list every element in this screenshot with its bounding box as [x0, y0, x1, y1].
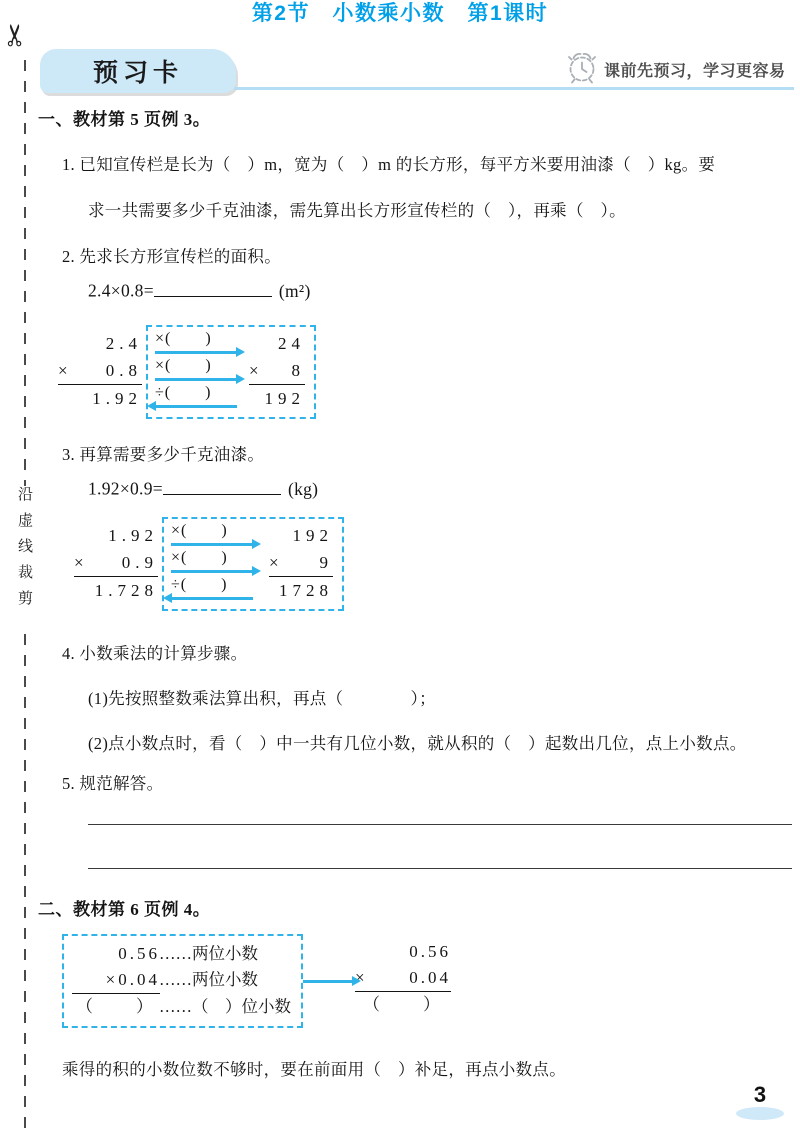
annotation: ……两位小数 [159, 967, 258, 993]
multiplier: 0.04 [409, 965, 451, 991]
conversion-steps: ×( ) ×( ) ÷( ) [155, 330, 241, 411]
conversion-steps-box: ×( ) ×( ) ÷( ) 192 ×9 1728 [162, 517, 344, 611]
page-number: 3 [742, 1082, 778, 1108]
answer-blank-line [163, 477, 281, 495]
answer-writing-line [88, 868, 792, 869]
product-blank: （ ） [355, 991, 451, 1017]
page-title: 第2节 小数乘小数 第1课时 [0, 0, 800, 27]
example4-diagram: 0.56 ……两位小数 ×0.04 ……两位小数 （ ） ……（ ）位小数 0.… [62, 934, 451, 1028]
question4-text: 4. 小数乘法的计算步骤。 [62, 640, 247, 664]
question2-equation: 2.4×0.8=(m²) [88, 279, 311, 302]
preview-card-badge: 预习卡 [40, 49, 236, 93]
answer-blank-line [154, 279, 272, 297]
multiplier: 0.9 [122, 549, 158, 576]
cut-along-line-label: 沿虚线裁剪 [14, 486, 35, 636]
arrow-right-icon [171, 543, 253, 546]
equation-expression: 2.4×0.8= [88, 281, 154, 301]
multiplier-row: ×0.8 [58, 357, 142, 384]
integer-column-multiplication: 24 ×8 192 [249, 330, 305, 411]
multiplier-row: ×0.04 [355, 965, 451, 991]
column-multiplication: 0.56 ×0.04 （ ） [355, 939, 451, 1017]
multiplier-row: ×8 [249, 357, 305, 384]
multiplier: 0.8 [106, 357, 142, 384]
page-number-ellipse [736, 1107, 784, 1120]
equation-unit: (m²) [279, 281, 311, 301]
question5-text: 5. 规范解答。 [62, 770, 163, 794]
times-sign: × [74, 549, 89, 576]
cut-dashed-line-top [24, 60, 26, 486]
product: 1728 [269, 576, 333, 603]
arrow-right-icon [171, 570, 253, 573]
multiplicand: 192 [269, 522, 333, 549]
multiplicand: 2.4 [58, 330, 142, 357]
conversion-steps: ×( ) ×( ) ÷( ) [171, 522, 261, 603]
question1-line1: 1. 已知宣传栏是长为（ ）m，宽为（ ）m 的长方形，每平方米要用油漆（ ）k… [62, 151, 715, 175]
times-sign: × [269, 549, 284, 576]
step-label: ÷( ) [171, 576, 261, 593]
equation-expression: 1.92×0.9= [88, 479, 163, 499]
answer-writing-line [88, 824, 792, 825]
alarm-clock-icon [564, 47, 600, 87]
times-sign: × [58, 357, 73, 384]
box-row: ×0.04 ……两位小数 [72, 967, 291, 993]
arrow-right-icon [155, 378, 237, 381]
arrow-left-icon [171, 597, 253, 600]
question1-line2: 求一共需要多少千克油漆，需先算出长方形宣传栏的（ ），再乘（ ）。 [88, 197, 626, 221]
product: 1.92 [58, 384, 142, 411]
annotation: ……两位小数 [159, 941, 258, 967]
multiplier-row: ×0.9 [74, 549, 158, 576]
step-divide: ÷( ) [155, 384, 241, 411]
conversion-steps-box: ×( ) ×( ) ÷( ) 24 ×8 192 [146, 325, 316, 419]
scissors-icon: ✂ [2, 22, 32, 47]
step-label: ÷( ) [155, 384, 241, 401]
decimal-column-multiplication: 2.4 ×0.8 1.92 [58, 330, 142, 411]
question3-equation: 1.92×0.9=(kg) [88, 477, 318, 500]
section2-heading: 二、教材第 6 页例 4。 [38, 895, 210, 920]
integer-column-multiplication: 192 ×9 1728 [269, 522, 333, 603]
conversion-diagram-1: 2.4 ×0.8 1.92 ×( ) ×( ) ÷( ) [58, 325, 316, 419]
step-multiply: ×( ) [171, 522, 261, 549]
step-label: ×( ) [155, 330, 241, 347]
question4-step1: (1)先按照整数乘法算出积，再点（ ）； [88, 685, 436, 709]
step-label: ×( ) [155, 357, 241, 374]
box-row: 0.56 ……两位小数 [72, 941, 291, 967]
multiplier: 8 [292, 357, 306, 384]
step-divide: ÷( ) [171, 576, 261, 603]
multiplier: 9 [320, 549, 334, 576]
step-label: ×( ) [171, 549, 261, 566]
section2-note: 乘得的积的小数位数不够时，要在前面用（ ）补足，再点小数点。 [62, 1056, 566, 1080]
section1-heading: 一、教材第 5 页例 3。 [38, 105, 210, 130]
times-sign: × [249, 357, 264, 384]
decimal-column-multiplication: 1.92 ×0.9 1.728 [74, 522, 158, 603]
step-label: ×( ) [171, 522, 261, 539]
product: 192 [249, 384, 305, 411]
box-result-row: （ ） ……（ ）位小数 [72, 993, 291, 1019]
decimal-places-box: 0.56 ……两位小数 ×0.04 ……两位小数 （ ） ……（ ）位小数 [62, 934, 303, 1028]
number: （ ） [72, 993, 160, 1020]
number: 0.56 [72, 941, 160, 967]
header-divider-line [234, 87, 794, 90]
product: 1.728 [74, 576, 158, 603]
number: ×0.04 [72, 967, 160, 993]
header-slogan: 课前先预习，学习更容易 [604, 58, 786, 81]
arrow-left-icon [155, 405, 237, 408]
step-multiply: ×( ) [155, 357, 241, 384]
multiplicand: 24 [249, 330, 305, 357]
step-multiply: ×( ) [171, 549, 261, 576]
annotation: ……（ ）位小数 [159, 994, 291, 1020]
question3-text: 3. 再算需要多少千克油漆。 [62, 441, 264, 465]
transform-arrow-icon [303, 980, 353, 983]
cut-dashed-line-bottom [24, 634, 26, 1131]
conversion-diagram-2: 1.92 ×0.9 1.728 ×( ) ×( ) ÷( ) [74, 517, 344, 611]
question2-text: 2. 先求长方形宣传栏的面积。 [62, 243, 281, 267]
multiplier-row: ×9 [269, 549, 333, 576]
question4-step2: (2)点小数点时，看（ ）中一共有几位小数，就从积的（ ）起数出几位，点上小数点… [88, 730, 747, 754]
step-multiply: ×( ) [155, 330, 241, 357]
multiplicand: 1.92 [74, 522, 158, 549]
multiplicand: 0.56 [355, 939, 451, 965]
worksheet-page: 第2节 小数乘小数 第1课时 ✂ 沿虚线裁剪 预习卡 课前先预习，学习更容易 一… [0, 0, 800, 1131]
equation-unit: (kg) [288, 479, 318, 499]
arrow-right-icon [155, 351, 237, 354]
